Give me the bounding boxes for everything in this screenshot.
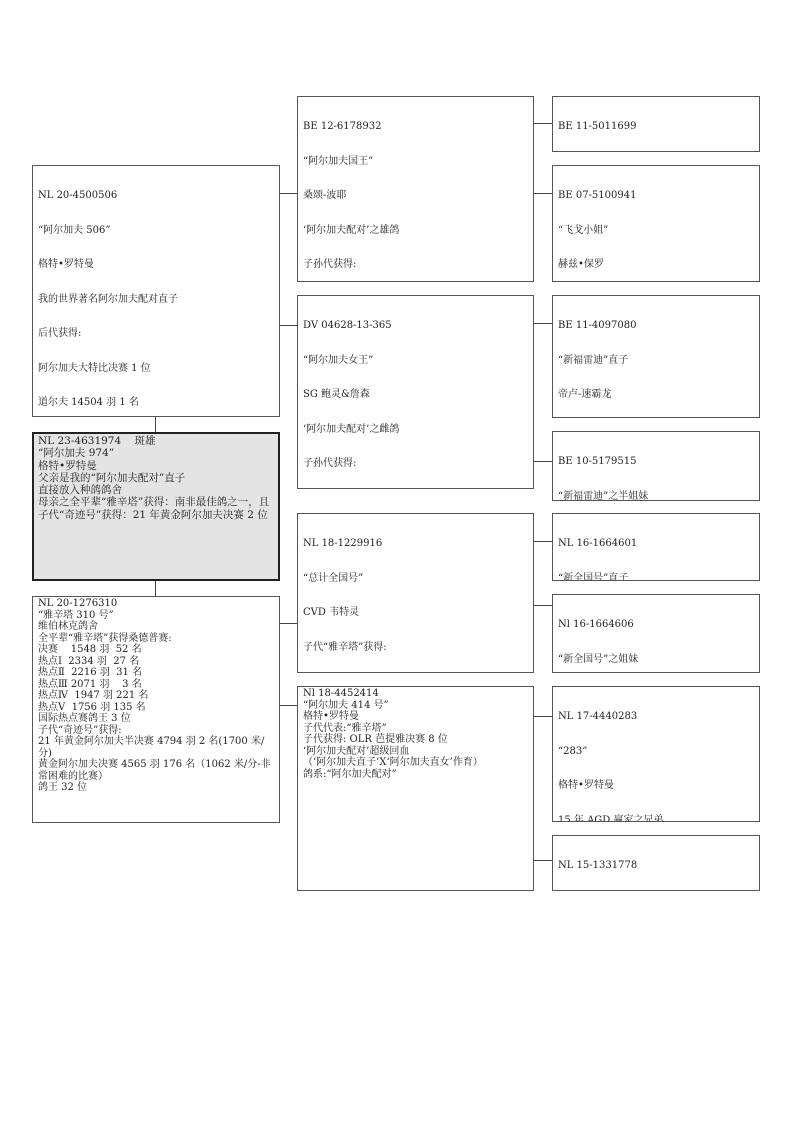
ring-number: NL 20-1276310	[38, 598, 274, 610]
ring-number: NL 16-1664601	[558, 538, 754, 550]
description-line: 子代“雅辛塔”获得:	[303, 642, 528, 654]
result-line: 热点Ⅰ 2334 羽 27 名	[38, 656, 274, 668]
pedigree-card-dam-dam: Nl 18-4452414 “阿尔加夫 414 号” 格特•罗特曼 子代代表:“…	[297, 686, 534, 891]
pedigree-card-sire-sire: BE 12-6178932 “阿尔加夫国王” 桑颂-波耶 ‘阿尔加夫配对’之雄鸽…	[297, 96, 534, 282]
bird-name: “阿尔加夫女王”	[303, 355, 528, 367]
description-line: 子代“奇迹号”获得:	[38, 725, 274, 737]
description-line: 子孙代获得:	[303, 259, 528, 271]
pedigree-card-ss-dam: BE 07-5100941 “飞戈小姐” 赫兹•保罗 “飞戈直女”X“白头莫尼克…	[552, 165, 760, 282]
connector-dam-dam	[279, 705, 297, 706]
pedigree-card-dam: NL 20-1276310 “雅辛塔 310 号” 维伯林克鸽舍 全平辈“雅辛塔…	[32, 596, 280, 823]
description-line: 子孙代获得:	[303, 458, 528, 470]
description-line: 全平辈“雅辛塔”获得桑德普赛:	[38, 633, 274, 645]
ring-number: NL 20-4500506	[38, 190, 274, 202]
pedigree-card-sire-dam: DV 04628-13-365 “阿尔加夫女王” SG 鲍灵&詹森 ‘阿尔加夫配…	[297, 295, 534, 489]
pedigree-card-sire: NL 20-4500506 “阿尔加夫 506” 格特•罗特曼 我的世界著名阿尔…	[32, 165, 280, 417]
bird-name: “新福雷迪”之半姐妹	[558, 491, 754, 502]
description-line: ‘阿尔加夫配对’之雄鸽	[303, 225, 528, 237]
connector-dd-sire	[533, 716, 552, 717]
description-line: 我的世界著名阿尔加夫配对直子	[38, 294, 274, 306]
result-line: 黄金阿尔加夫决赛 4565 羽 176 名（1062 米/分-非常困难的比赛）	[38, 759, 274, 782]
result-line: 道尔夫 14504 羽 1 名	[38, 397, 274, 409]
connector-sire-subject	[155, 416, 156, 432]
breeder: 桑颂-波耶	[303, 190, 528, 202]
ring-number: BE 11-5011699	[558, 121, 754, 133]
bird-name: “阿尔加夫 506”	[38, 225, 274, 237]
ring-number: BE 12-6178932	[303, 121, 528, 133]
breeder: 格特•罗特曼	[38, 460, 274, 472]
breeder: 维伯林克鸽舍	[38, 621, 274, 633]
description-line: 鸽系:“阿尔加夫配对”	[303, 769, 528, 781]
connector-sd-dam	[533, 461, 552, 462]
bird-name: “新全国号”直子	[558, 573, 754, 582]
result-line: 决赛 1548 羽 52 名	[38, 644, 274, 656]
connector-dd-dam	[533, 860, 552, 861]
bird-name: “283”	[558, 746, 754, 758]
description-line: 后代获得:	[38, 328, 274, 340]
bird-name: “飞戈小姐”	[558, 225, 754, 237]
breeder: 格特•罗特曼	[38, 259, 274, 271]
pedigree-card-sd-dam: BE 10-5179515 “新福雷迪”之半姐妹 马太依斯•彼尔 半平辈“新福雷…	[552, 431, 760, 501]
bird-name: “新全国号”之姐妹	[558, 654, 754, 666]
pedigree-card-dam-sire: NL 18-1229916 “总计全国号” CVD 韦特灵 子代“雅辛塔”获得:…	[297, 513, 534, 673]
breeder: 格特•罗特曼	[558, 780, 754, 792]
description-line: 15 年 AGD 赢家之兄弟	[558, 815, 754, 823]
pedigree-card-ss-sire: BE 11-5011699 “迪克” 迪克•里肯斯	[552, 96, 760, 152]
ring-number: NL 18-1229916	[303, 538, 528, 550]
ring-number: Nl 16-1664606	[558, 619, 754, 631]
bird-name: “阿尔加夫 974”	[38, 447, 274, 459]
ring-number: Nl 18-4452414	[303, 688, 528, 700]
ring-number: BE 07-5100941	[558, 190, 754, 202]
pedigree-card-ds-sire: NL 16-1664601 “新全国号”直子 CVD 韦特灵 全平辈获得: 莱西…	[552, 513, 760, 581]
result-line: 热点Ⅱ 2216 羽 31 名	[38, 667, 274, 679]
description-line: 母亲之全平辈“雅辛塔”获得：南非最佳鸽之一，且子代“奇迹号”获得：21 年黄金阿…	[38, 496, 274, 521]
connector-ds-sire	[533, 541, 552, 542]
connector-ds-dam	[533, 605, 552, 606]
breeder: 格特•罗特曼	[303, 711, 528, 723]
ring-number: DV 04628-13-365	[303, 320, 528, 332]
description-line: ‘阿尔加夫配对’之雌鸽	[303, 424, 528, 436]
bird-name: “新福雷迪”直子	[558, 355, 754, 367]
ring-number: NL 17-4440283	[558, 711, 754, 723]
breeder: 帝卢-速霸龙	[558, 389, 754, 401]
ring-number: NL 23-4631974 斑雄	[38, 435, 274, 447]
breeder: SG 鲍灵&詹森	[303, 389, 528, 401]
result-line: 21 年黄金阿尔加夫半决赛 4794 羽 2 名(1700 米/分)	[38, 736, 274, 759]
description-line: （‘阿尔加夫直子’X‘阿尔加夫直女’作育）	[303, 757, 528, 769]
description-line: ‘阿尔加夫配对’超级回血	[303, 746, 528, 758]
pedigree-card-dd-dam: NL 15-1331778 “阿尔加夫配对”直女 格特•罗特曼	[552, 835, 760, 891]
result-line: 国际热点赛鸽王 3 位	[38, 713, 274, 725]
result-line: 子代获得: OLR 芭提雅决赛 8 位	[303, 734, 528, 746]
connector-subject-dam	[155, 580, 156, 596]
result-line: 阿尔加夫大特比决赛 1 位	[38, 363, 274, 375]
bird-name: “雅辛塔 310 号”	[38, 610, 274, 622]
result-line: 鸽王 32 位	[38, 782, 274, 794]
connector-ss-dam	[533, 193, 552, 194]
pedigree-card-subject: NL 23-4631974 斑雄 “阿尔加夫 974” 格特•罗特曼 父亲是我的…	[32, 432, 280, 581]
result-line: 热点Ⅲ 2071 羽 3 名	[38, 679, 274, 691]
ring-number: BE 10-5179515	[558, 456, 754, 468]
connector-sire-sire	[279, 193, 297, 194]
description-line: 子代代表:“雅辛塔”	[303, 723, 528, 735]
description-line: 直接放入种鸽鸽舍	[38, 484, 274, 496]
connector-ss-sire	[533, 123, 552, 124]
result-line: 热点Ⅳ 1947 羽 221 名	[38, 690, 274, 702]
bird-name: “总计全国号”	[303, 573, 528, 585]
ring-number: BE 11-4097080	[558, 320, 754, 332]
connector-sd-sire	[533, 323, 552, 324]
connector-sire-dam	[279, 325, 297, 326]
pedigree-card-dd-sire: NL 17-4440283 “283” 格特•罗特曼 15 年 AGD 赢家之兄…	[552, 686, 760, 822]
bird-name: “阿尔加夫 414 号”	[303, 700, 528, 712]
breeder: CVD 韦特灵	[303, 607, 528, 619]
result-line: 热点Ⅴ 1756 羽 135 名	[38, 702, 274, 714]
description-line: 父亲是我的“阿尔加夫配对”直子	[38, 472, 274, 484]
connector-dam-sire	[279, 623, 297, 624]
breeder: 赫兹•保罗	[558, 259, 754, 271]
bird-name: “阿尔加夫国王”	[303, 156, 528, 168]
pedigree-card-sd-sire: BE 11-4097080 “新福雷迪”直子 帝卢-速霸龙 PIPA 精英育种中…	[552, 295, 760, 418]
pedigree-card-ds-dam: Nl 16-1664606 “新全国号”之姐妹 CVD 韦特灵	[552, 594, 760, 673]
ring-number: NL 15-1331778	[558, 860, 754, 872]
